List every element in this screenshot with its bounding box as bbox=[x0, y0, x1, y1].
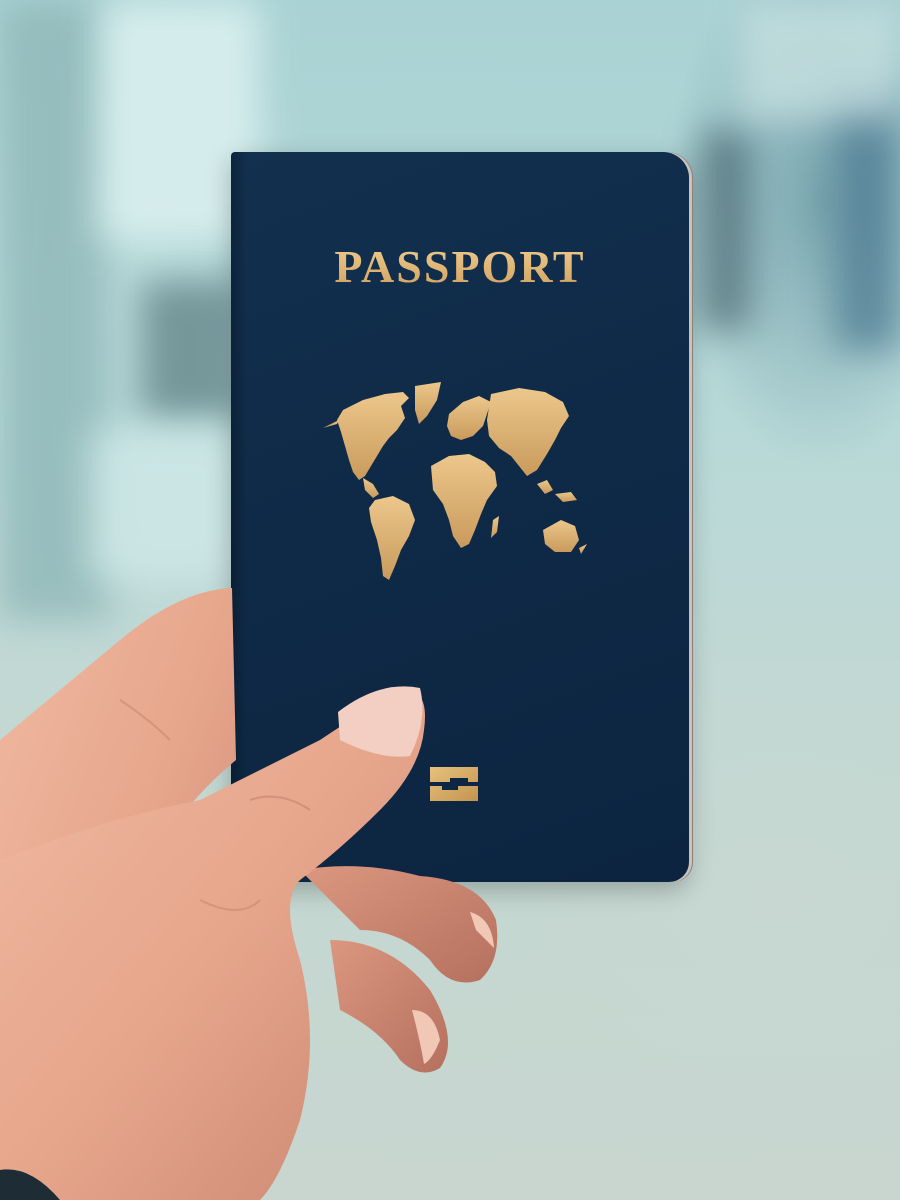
world-map-icon bbox=[323, 380, 595, 586]
passport-title: PASSPORT bbox=[231, 240, 689, 293]
background-seat bbox=[140, 280, 240, 420]
e-passport-chip-icon bbox=[428, 765, 480, 803]
passport-cover: PASSPORT bbox=[231, 152, 689, 882]
background-person bbox=[835, 90, 900, 350]
background-light bbox=[740, 0, 900, 120]
background-person bbox=[700, 130, 750, 330]
background-window bbox=[90, 430, 240, 580]
